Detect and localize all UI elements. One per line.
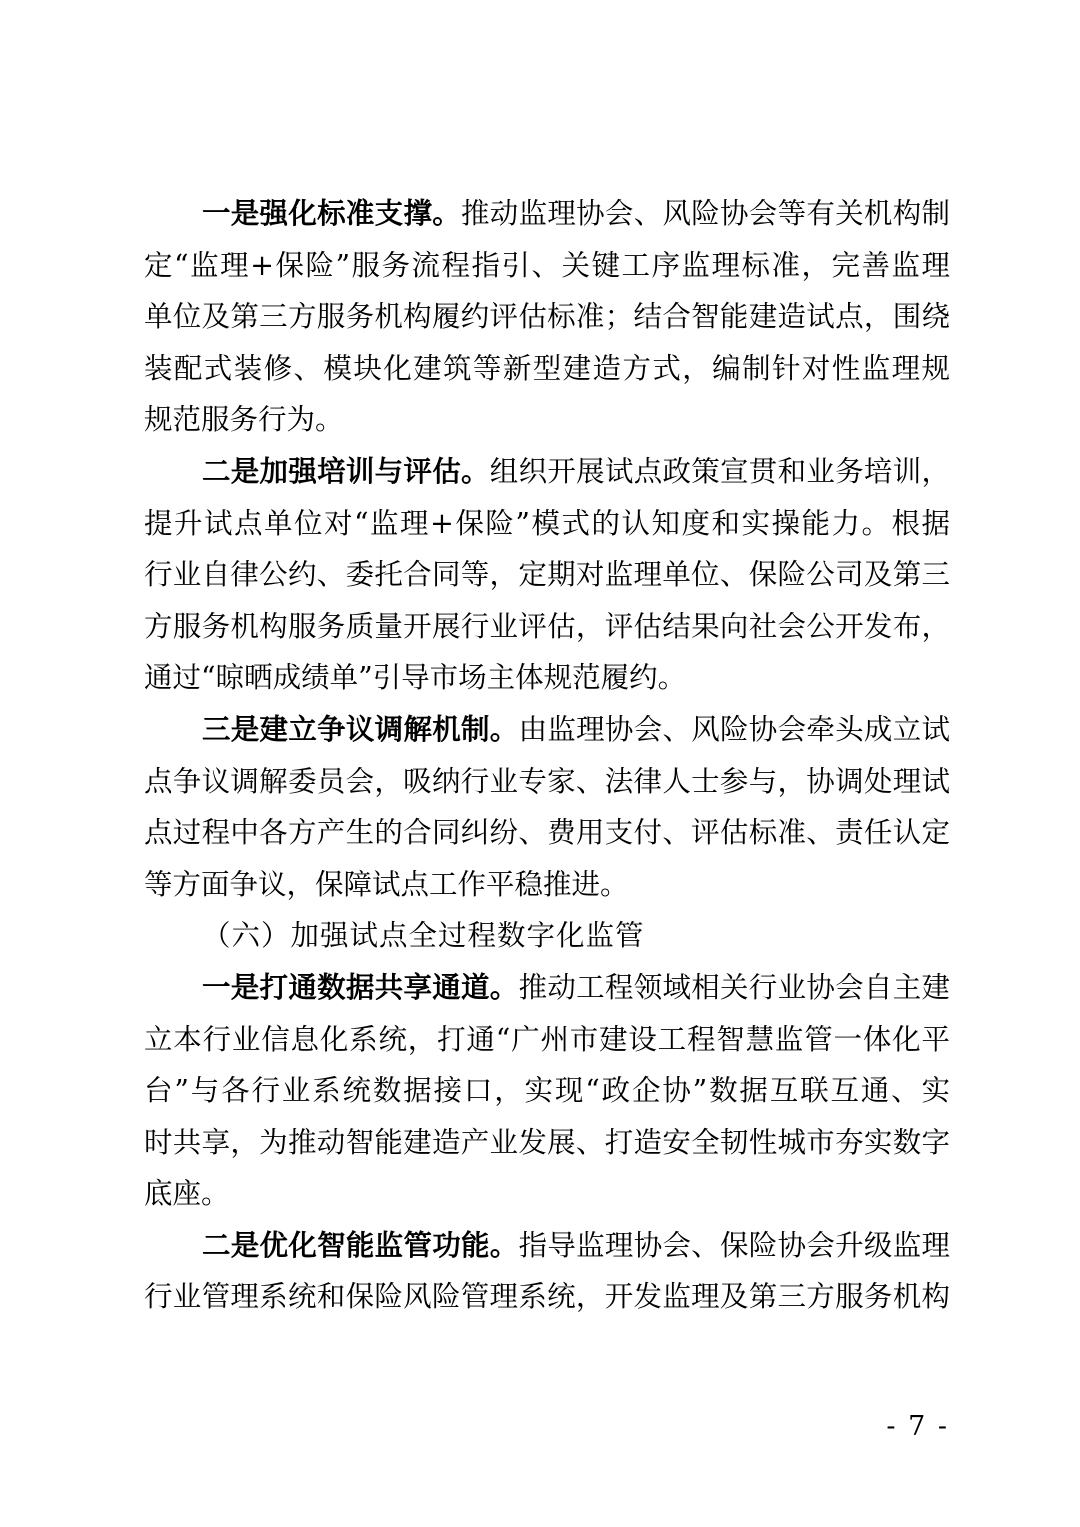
text-line: 等方面争议，保障试点工作平稳推进。 — [144, 859, 950, 911]
paragraph: 三是建立争议调解机制。由监理协会、风险协会牵头成立试点争议调解委员会，吸纳行业专… — [144, 704, 950, 910]
line-text: 由监理协会、风险协会牵头成立试 — [519, 713, 950, 746]
section-heading: （六）加强试点全过程数字化监管 — [144, 910, 950, 962]
line-text: 指导监理协会、保险协会升级监理 — [519, 1229, 950, 1262]
line-text: 时共享，为推动智能建造产业发展、打造安全韧性城市夯实数字 — [144, 1126, 950, 1159]
bold-lead-in: 一是打通数据共享通道。 — [202, 971, 519, 1004]
line-text: 行业自律公约、委托合同等，定期对监理单位、保险公司及第三 — [144, 558, 950, 591]
line-text: 单位及第三方服务机构履约评估标准；结合智能建造试点，围绕 — [144, 300, 950, 333]
text-line: 行业自律公约、委托合同等，定期对监理单位、保险公司及第三 — [144, 549, 950, 601]
bold-lead-in: 三是建立争议调解机制。 — [202, 713, 519, 746]
line-text: 组织开展试点政策宣贯和业务培训， — [490, 455, 950, 488]
text-line: 规范服务行为。 — [144, 394, 950, 446]
line-text: 方服务机构服务质量开展行业评估，评估结果向社会公开发布， — [144, 610, 950, 643]
text-line: 方服务机构服务质量开展行业评估，评估结果向社会公开发布， — [144, 601, 950, 653]
text-line: 底座。 — [144, 1168, 950, 1220]
text-line: 一是打通数据共享通道。推动工程领域相关行业协会自主建 — [144, 962, 950, 1014]
line-text: 底座。 — [144, 1177, 230, 1210]
line-text: （六）加强试点全过程数字化监管 — [202, 919, 645, 952]
page-number: - 7 - — [886, 1412, 949, 1442]
document-page: 一是强化标准支撑。推动监理协会、风险协会等有关机构制定“监理+保险”服务流程指引… — [0, 0, 1080, 1527]
text-line: 通过“晾晒成绩单”引导市场主体规范履约。 — [144, 652, 950, 704]
line-text: 装配式装修、模块化建筑等新型建造方式，编制针对性监理规程， — [144, 352, 950, 395]
line-text: 点争议调解委员会，吸纳行业专家、法律人士参与，协调处理试 — [144, 765, 950, 798]
paragraph: 二是优化智能监管功能。指导监理协会、保险协会升级监理行业管理系统和保险风险管理系… — [144, 1220, 950, 1323]
line-text: 提升试点单位对“监理+保险”模式的认知度和实操能力。根据 — [144, 507, 950, 540]
paragraph: 二是加强培训与评估。组织开展试点政策宣贯和业务培训，提升试点单位对“监理+保险”… — [144, 446, 950, 704]
text-line: 装配式装修、模块化建筑等新型建造方式，编制针对性监理规程， — [144, 343, 950, 395]
bold-lead-in: 一是强化标准支撑。 — [202, 197, 461, 230]
paragraph: 一是强化标准支撑。推动监理协会、风险协会等有关机构制定“监理+保险”服务流程指引… — [144, 188, 950, 446]
text-line: 单位及第三方服务机构履约评估标准；结合智能建造试点，围绕 — [144, 291, 950, 343]
text-line: （六）加强试点全过程数字化监管 — [144, 910, 950, 962]
text-line: 提升试点单位对“监理+保险”模式的认知度和实操能力。根据 — [144, 498, 950, 550]
bold-lead-in: 二是加强培训与评估。 — [202, 455, 490, 488]
text-line: 点争议调解委员会，吸纳行业专家、法律人士参与，协调处理试 — [144, 756, 950, 808]
text-line: 一是强化标准支撑。推动监理协会、风险协会等有关机构制 — [144, 188, 950, 240]
line-text: 定“监理+保险”服务流程指引、关键工序监理标准，完善监理 — [144, 249, 950, 282]
paragraph: 一是打通数据共享通道。推动工程领域相关行业协会自主建立本行业信息化系统，打通“广… — [144, 962, 950, 1220]
line-text: 推动工程领域相关行业协会自主建 — [519, 971, 950, 1004]
text-line: 三是建立争议调解机制。由监理协会、风险协会牵头成立试 — [144, 704, 950, 756]
text-line: 时共享，为推动智能建造产业发展、打造安全韧性城市夯实数字 — [144, 1117, 950, 1169]
line-text: 行业管理系统和保险风险管理系统，开发监理及第三方服务机构 — [144, 1280, 950, 1313]
line-text: 规范服务行为。 — [144, 403, 344, 436]
line-text: 立本行业信息化系统，打通“广州市建设工程智慧监管一体化平 — [144, 1023, 950, 1056]
text-line: 二是优化智能监管功能。指导监理协会、保险协会升级监理 — [144, 1220, 950, 1272]
line-text: 点过程中各方产生的合同纠纷、费用支付、评估标准、责任认定 — [144, 816, 950, 849]
line-text: 通过“晾晒成绩单”引导市场主体规范履约。 — [144, 661, 686, 694]
text-line: 定“监理+保险”服务流程指引、关键工序监理标准，完善监理 — [144, 240, 950, 292]
text-line: 台”与各行业系统数据接口，实现“政企协”数据互联互通、实 — [144, 1065, 950, 1117]
document-body: 一是强化标准支撑。推动监理协会、风险协会等有关机构制定“监理+保险”服务流程指引… — [144, 188, 950, 1323]
line-text: 推动监理协会、风险协会等有关机构制 — [461, 197, 950, 230]
text-line: 立本行业信息化系统，打通“广州市建设工程智慧监管一体化平 — [144, 1014, 950, 1066]
text-line: 行业管理系统和保险风险管理系统，开发监理及第三方服务机构 — [144, 1271, 950, 1323]
line-text: 等方面争议，保障试点工作平稳推进。 — [144, 868, 629, 901]
text-line: 二是加强培训与评估。组织开展试点政策宣贯和业务培训， — [144, 446, 950, 498]
text-line: 点过程中各方产生的合同纠纷、费用支付、评估标准、责任认定 — [144, 807, 950, 859]
line-text: 台”与各行业系统数据接口，实现“政企协”数据互联互通、实 — [144, 1074, 950, 1107]
bold-lead-in: 二是优化智能监管功能。 — [202, 1229, 519, 1262]
